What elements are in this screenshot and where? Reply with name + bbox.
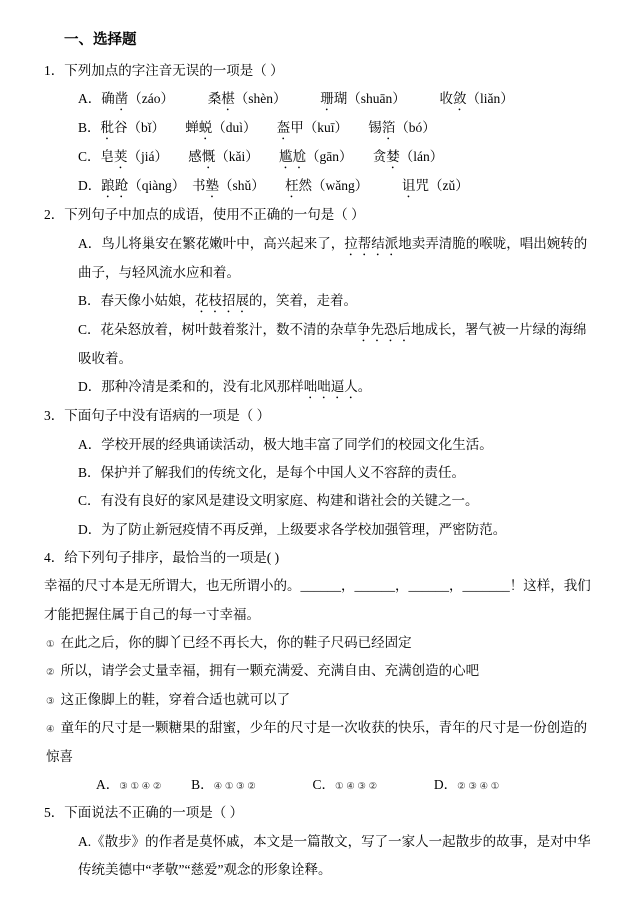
text-segment: （bó） <box>395 120 436 135</box>
dotted-text: 尴尬 <box>279 149 306 164</box>
section-title: 一、选择题 <box>64 26 594 55</box>
question-4-line-4: ③ 这正像脚上的鞋，穿着合适也就可以了 <box>46 686 594 714</box>
text-segment: A．学校开展的经典诵读活动，极大地丰富了同学们的校园文化生活。 <box>78 437 493 452</box>
dotted-text: 箔 <box>382 120 396 135</box>
question-5-line-0: 5．下面说法不正确的一项是（ ） <box>44 799 594 827</box>
question-1-line-0: 1．下列加点的字注音无误的一项是（ ） <box>44 57 594 85</box>
text-segment: 在此之后，你的脚丫已经不再长大，你的鞋子尺码已经固定 <box>57 635 411 650</box>
question-4-line-5: ④ 童年的尺寸是一颗糖果的甜蜜，少年的尺寸是一次收获的快乐，青年的尺寸是一份创造… <box>46 714 594 771</box>
question-1-line-3: C．皂荚（jiá） 感慨（kǎi） 尴尬（gān） 贪婪（lán） <box>78 143 594 172</box>
text-segment: D．为了防止新冠疫情不再反弹，上级要求各学校加强管理，严密防范。 <box>78 522 506 537</box>
circled-number: ① <box>46 639 57 650</box>
dotted-text: 争先恐后 <box>357 322 411 337</box>
question-2-line-3: C．花朵怒放着，树叶鼓着浆汁，数不清的杂草争先恐后地成长，署气被一片绿的海绵吸收… <box>78 316 594 373</box>
text-segment: B．保护并了解我们的传统文化，是每个中国人义不容辞的责任。 <box>78 465 465 480</box>
dotted-text: 蜕 <box>199 120 213 135</box>
question-2-line-0: 2．下列句子中加点的成语，使用不正确的一句是（ ） <box>44 201 594 229</box>
text-segment: 1．下列加点的字注音无误的一项是（ ） <box>44 63 284 78</box>
text-segment: D． <box>434 777 457 792</box>
question-4-line-2: ① 在此之后，你的脚丫已经不再长大，你的鞋子尺码已经固定 <box>46 629 594 657</box>
text-segment: C．有没有良好的家风是建设文明家庭、构建和谐社会的关键之一。 <box>78 493 479 508</box>
question-2-line-2: B．春天像小姑娘，花枝招展的，笑着，走着。 <box>78 287 594 316</box>
text-segment: （jiá） 感 <box>128 149 202 164</box>
question-4: 4．给下列句子排序，最恰当的一项是( )幸福的尺寸本是无所谓大，也无所谓小的。_… <box>44 544 594 799</box>
text-segment: （liǎn） <box>466 91 513 106</box>
text-segment: 4．给下列句子排序，最恰当的一项是( ) <box>44 550 279 565</box>
circled-number: ② <box>46 667 57 678</box>
question-4-line-1: 幸福的尺寸本是无所谓大，也无所谓小的。______，______，______，… <box>44 572 594 629</box>
text-segment: 然（wǎng） <box>299 178 403 193</box>
circled-number: ③①④② <box>119 781 164 792</box>
text-segment: （záo） 桑 <box>128 91 221 106</box>
circled-number: ③ <box>46 696 57 707</box>
text-segment: （duì） <box>212 120 277 135</box>
text-segment: A．确 <box>78 91 115 106</box>
dotted-text: 椹 <box>221 91 235 106</box>
text-segment: 5．下面说法不正确的一项是（ ） <box>44 805 243 820</box>
dotted-text: 诅 <box>402 178 416 193</box>
question-4-line-0: 4．给下列句子排序，最恰当的一项是( ) <box>44 544 594 572</box>
circled-number: ②③④① <box>457 781 502 792</box>
dotted-text: 荚 <box>114 149 128 164</box>
text-segment: D．那种冷清是柔和的，没有北风那样 <box>78 379 304 394</box>
text-segment: 这正像脚上的鞋，穿着合适也就可以了 <box>57 692 290 707</box>
text-segment: （shèn） <box>235 91 321 106</box>
question-1: 1．下列加点的字注音无误的一项是（ ）A．确凿（záo） 桑椹（shèn） 珊瑚… <box>44 57 594 201</box>
text-segment: 所以，请学会丈量幸福，拥有一颗充满爱、充满自由、充满创造的心吧 <box>57 663 479 678</box>
text-segment: （lán） <box>400 149 444 164</box>
text-segment: B． <box>191 777 214 792</box>
text-segment: 3．下面句子中没有语病的一项是（ ） <box>44 408 270 423</box>
text-segment: C． <box>312 777 335 792</box>
question-4-line-6: A．③①④② B．④①③② C．①④③② D．②③④① <box>96 771 594 799</box>
question-2: 2．下列句子中加点的成语，使用不正确的一句是（ ）A．鸟儿将巢安在繁花嫩叶中，高… <box>44 201 594 402</box>
dotted-text: 花枝招展 <box>195 293 249 308</box>
dotted-text: 枉 <box>285 178 299 193</box>
text-segment: A． <box>96 777 119 792</box>
question-3-line-2: B．保护并了解我们的传统文化，是每个中国人义不容辞的责任。 <box>78 459 594 487</box>
question-1-line-1: A．确凿（záo） 桑椹（shèn） 珊瑚（shuān） 收敛（liǎn） <box>78 85 594 114</box>
question-3-line-0: 3．下面句子中没有语病的一项是（ ） <box>44 402 594 430</box>
circled-number: ①④③② <box>335 781 380 792</box>
dotted-text: 珊 <box>320 91 334 106</box>
dotted-text: 婪 <box>386 149 400 164</box>
text-segment <box>258 777 312 792</box>
question-4-line-3: ② 所以，请学会丈量幸福，拥有一颗充满爱、充满自由、充满创造的心吧 <box>46 657 594 685</box>
text-segment: D． <box>78 178 101 193</box>
question-2-line-4: D．那种冷清是柔和的，没有北风那样咄咄逼人。 <box>78 373 594 402</box>
question-1-line-4: D．踉跄（qiàng） 书塾（shǔ） 枉然（wǎng） 诅咒（zǔ） <box>78 172 594 201</box>
questions: 1．下列加点的字注音无误的一项是（ ）A．确凿（záo） 桑椹（shèn） 珊瑚… <box>44 57 594 884</box>
circled-number: ④ <box>46 724 57 735</box>
text-segment: （kǎi） <box>215 149 279 164</box>
text-segment: A．鸟儿将巢安在繁花嫩叶中，高兴起来了， <box>78 236 344 251</box>
question-3: 3．下面句子中没有语病的一项是（ ）A．学校开展的经典诵读活动，极大地丰富了同学… <box>44 402 594 544</box>
text-segment: C．花朵怒放着，树叶鼓着浆汁，数不清的杂草 <box>78 322 357 337</box>
dotted-text: 敛 <box>453 91 467 106</box>
text-segment: B． <box>78 120 101 135</box>
exam-page: 一、选择题 1．下列加点的字注音无误的一项是（ ）A．确凿（záo） 桑椹（sh… <box>0 0 632 884</box>
text-segment: 幸福的尺寸本是无所谓大，也无所谓小的。______，______，______，… <box>44 578 591 621</box>
text-segment: 咒（zǔ） <box>416 178 469 193</box>
text-segment: B．春天像小姑娘， <box>78 293 195 308</box>
question-3-line-3: C．有没有良好的家风是建设文明家庭、构建和谐社会的关键之一。 <box>78 487 594 515</box>
question-3-line-1: A．学校开展的经典诵读活动，极大地丰富了同学们的校园文化生活。 <box>78 431 594 459</box>
text-segment <box>380 777 434 792</box>
text-segment: A.《散步》的作者是莫怀戚，本文是一篇散文，写了一家人一起散步的故事，是对中华传… <box>78 834 591 877</box>
question-3-line-4: D．为了防止新冠疫情不再反弹，上级要求各学校加强管理，严密防范。 <box>78 516 594 544</box>
text-segment: （gān） 贪 <box>306 149 386 164</box>
dotted-text: 慨 <box>202 149 216 164</box>
text-segment <box>164 777 191 792</box>
dotted-text: 盔 <box>277 120 291 135</box>
text-segment: 谷（bǐ） 蝉 <box>114 120 199 135</box>
text-segment: 。 <box>358 379 372 394</box>
text-segment: C．皂 <box>78 149 114 164</box>
dotted-text: 踉跄 <box>101 178 128 193</box>
question-5: 5．下面说法不正确的一项是（ ）A.《散步》的作者是莫怀戚，本文是一篇散文，写了… <box>44 799 594 884</box>
text-segment: 2．下列句子中加点的成语，使用不正确的一句是（ ） <box>44 207 365 222</box>
dotted-text: 咄咄逼人 <box>304 379 358 394</box>
text-segment: 瑚（shuān） 收 <box>334 91 453 106</box>
circled-number: ④①③② <box>214 781 259 792</box>
text-segment: （qiàng） 书 <box>128 178 205 193</box>
text-segment: 甲（kuī） 锡 <box>290 120 382 135</box>
dotted-text: 塾 <box>206 178 220 193</box>
text-segment: 童年的尺寸是一颗糖果的甜蜜，少年的尺寸是一次收获的快乐，青年的尺寸是一份创造的惊… <box>46 720 587 763</box>
question-1-line-2: B．秕谷（bǐ） 蝉蜕（duì） 盔甲（kuī） 锡箔（bó） <box>78 114 594 143</box>
text-segment: 的，笑着，走着。 <box>249 293 357 308</box>
question-5-line-1: A.《散步》的作者是莫怀戚，本文是一篇散文，写了一家人一起散步的故事，是对中华传… <box>78 828 594 885</box>
text-segment: （shǔ） <box>219 178 285 193</box>
question-2-line-1: A．鸟儿将巢安在繁花嫩叶中，高兴起来了，拉帮结派地卖弄清脆的喉咙，唱出婉转的曲子… <box>78 230 594 287</box>
dotted-text: 凿 <box>115 91 129 106</box>
dotted-text: 秕 <box>101 120 115 135</box>
dotted-text: 拉帮结派 <box>344 236 398 251</box>
